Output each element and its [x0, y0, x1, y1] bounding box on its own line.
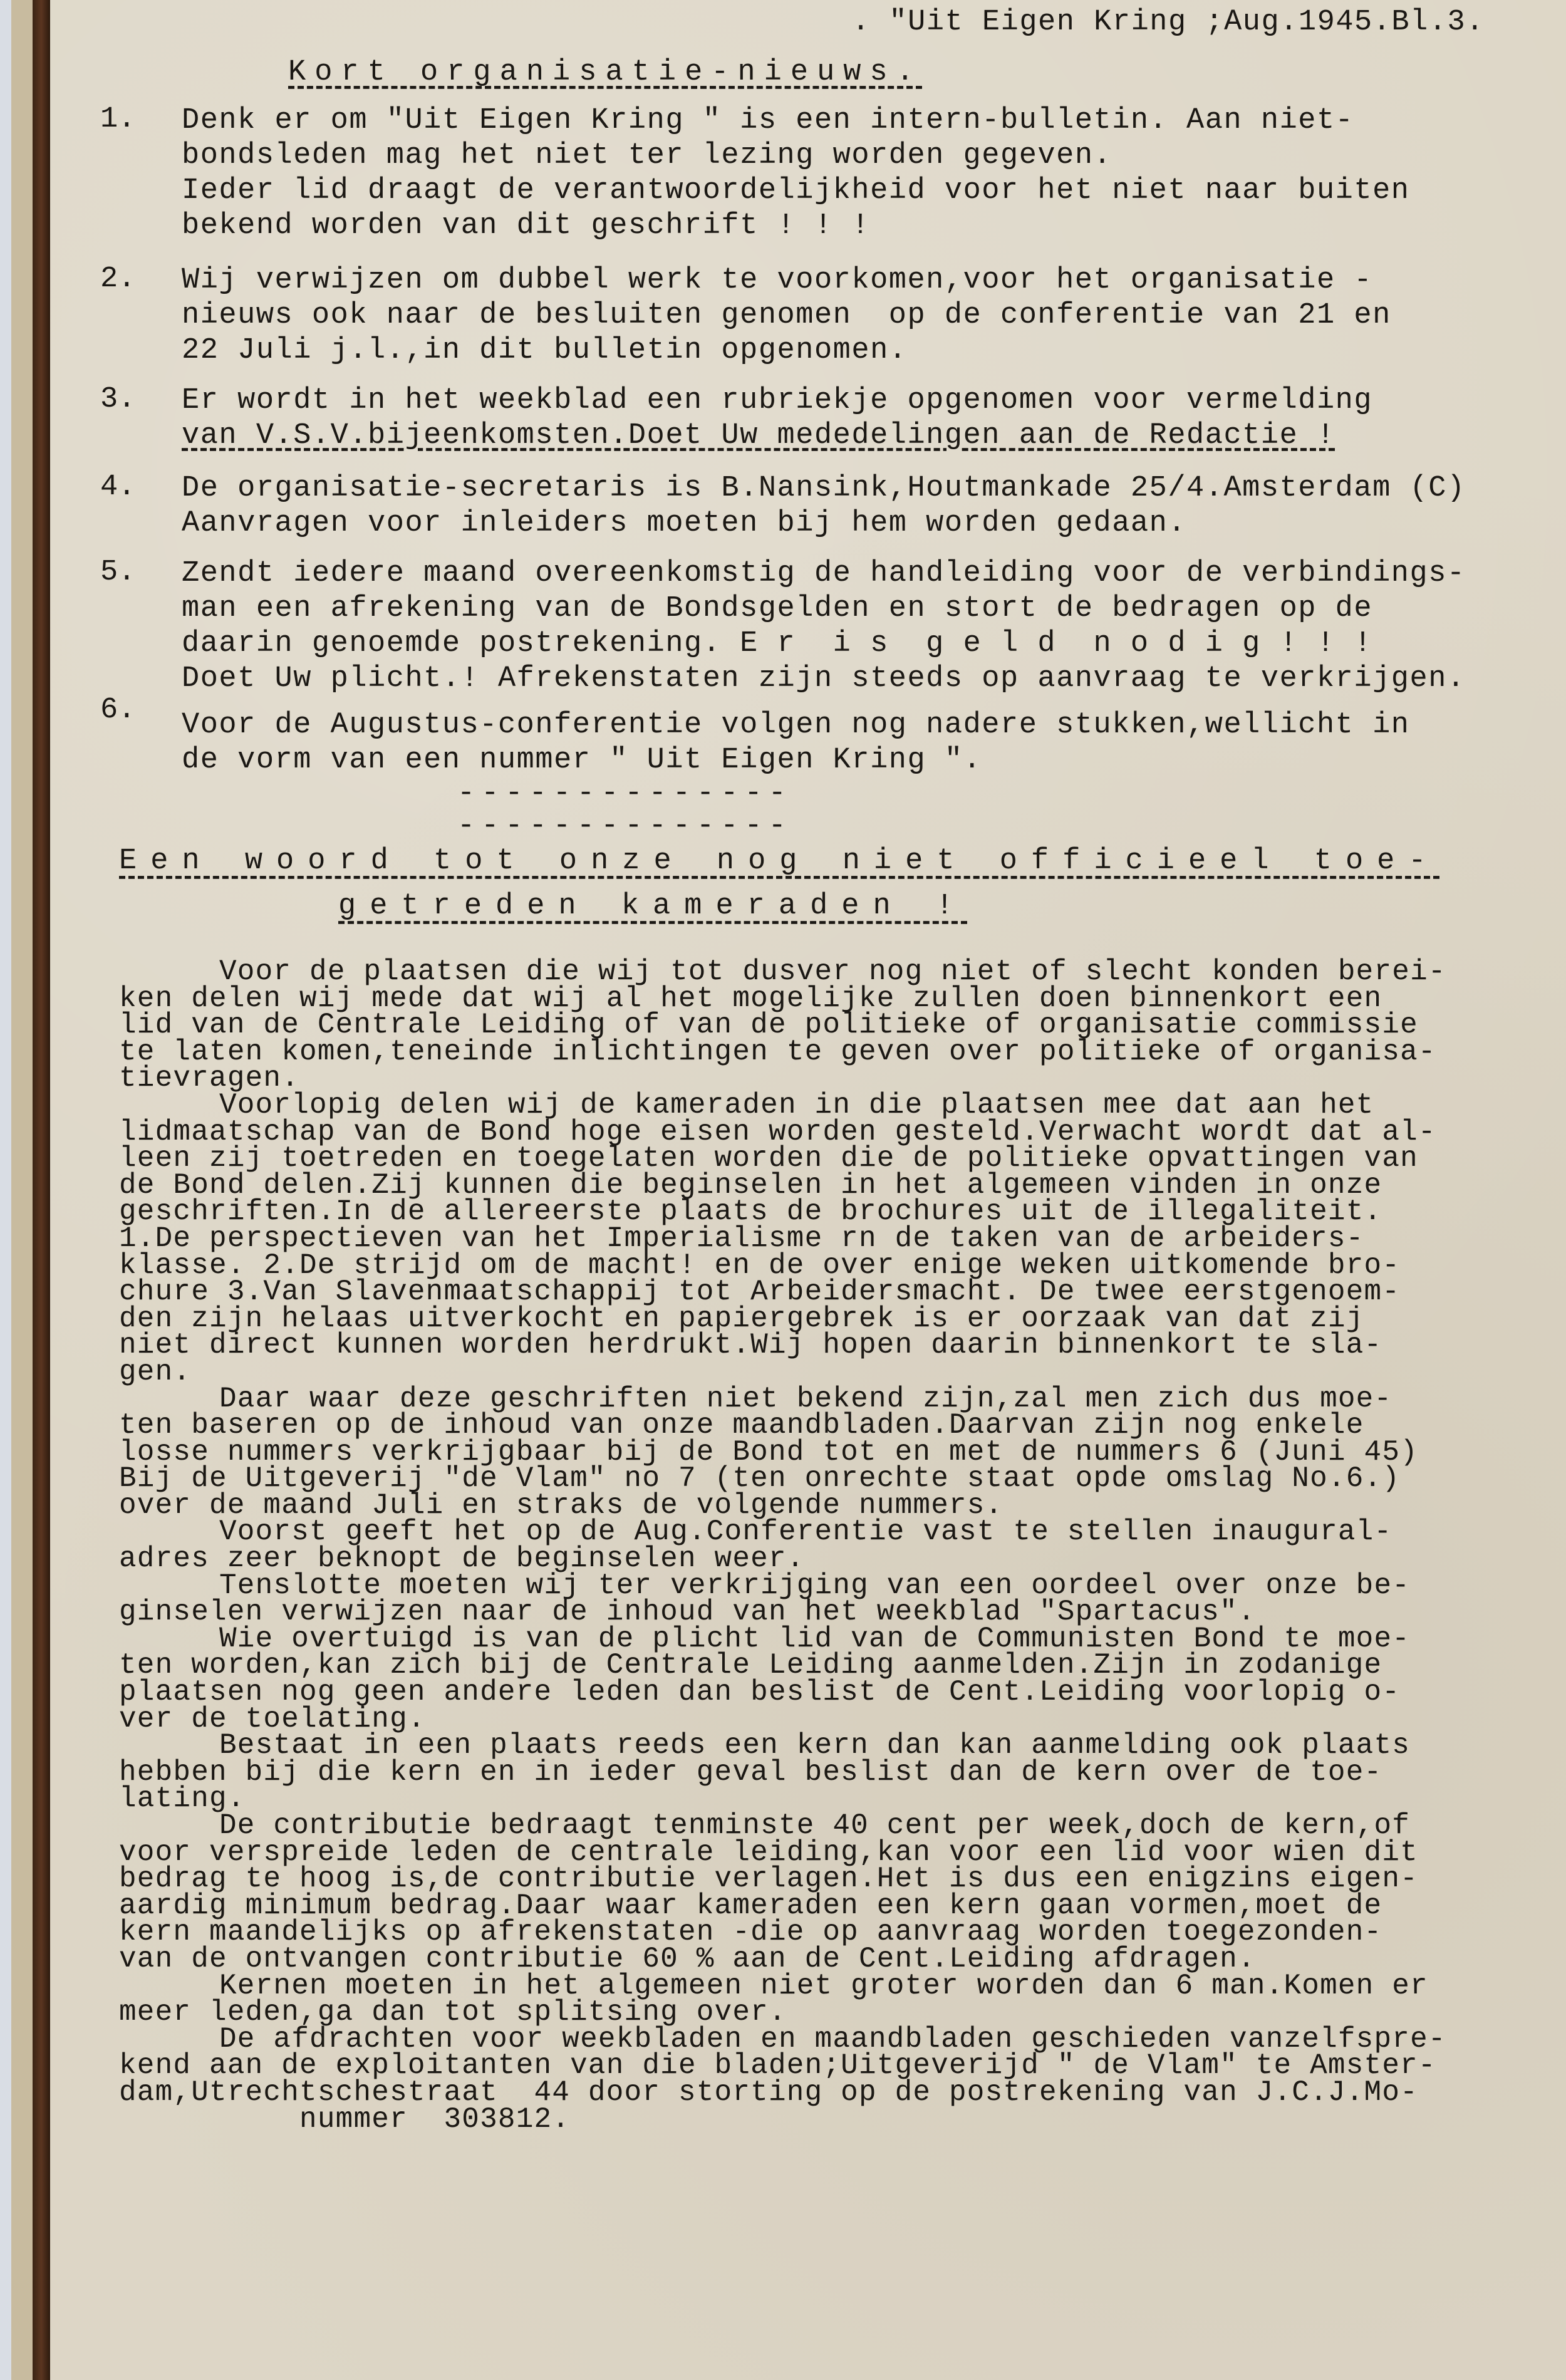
body-line: niet direct kunnen worden herdrukt.Wij h…	[119, 1332, 1560, 1359]
body-line: kend aan de exploitanten van die bladen;…	[119, 2052, 1560, 2079]
body-line: chure 3.Van Slavenmaatschappij tot Arbei…	[119, 1279, 1560, 1306]
body-line: ginselen verwijzen naar de inhoud van he…	[119, 1599, 1560, 1626]
item-number: 6.	[100, 694, 135, 727]
body-line: lidmaatschap van de Bond hoge eisen word…	[119, 1119, 1560, 1146]
body-line: aardig minimum bedrag.Daar waar kamerade…	[119, 1893, 1560, 1920]
body-line: voor verspreide leden de centrale leidin…	[119, 1839, 1560, 1866]
page-reference: . "Uit Eigen Kring ;Aug.1945.Bl.3.	[852, 6, 1485, 39]
body-line: den zijn helaas uitverkocht en papiergeb…	[119, 1306, 1560, 1333]
body-line: Voor de plaatsen die wij tot dusver nog …	[119, 959, 1560, 985]
item-number: 1.	[100, 103, 135, 136]
body-line: geschriften.In de allereerste plaats de …	[119, 1198, 1560, 1225]
item-line-emphasis: daarin genoemde postrekening. E r i s g …	[182, 626, 1466, 662]
body-line: ten baseren op de inhoud van onze maandb…	[119, 1412, 1560, 1439]
background-edge	[0, 0, 11, 2380]
body-line: gen.	[119, 1359, 1560, 1386]
body-line: ver de toelating.	[119, 1706, 1560, 1733]
item-line: De organisatie-secretaris is B.Nansink,H…	[182, 471, 1466, 506]
underlying-sheet-edge	[11, 0, 35, 2380]
body-line: Voorlopig delen wij de kameraden in die …	[119, 1092, 1560, 1119]
body-line: Bij de Uitgeverij "de Vlam" no 7 (ten on…	[119, 1465, 1560, 1492]
body-line: ken delen wij mede dat wij al het mogeli…	[119, 985, 1560, 1012]
section-heading-line-1: Een woord tot onze nog niet officieel to…	[119, 844, 1440, 878]
section-heading-line-2: getreden kameraden !	[338, 890, 967, 923]
body-line: Daar waar deze geschriften niet bekend z…	[119, 1386, 1560, 1413]
item-line: bondsleden mag het niet ter lezing worde…	[182, 138, 1410, 174]
divider-line: --------------	[457, 809, 792, 843]
item-line: Ieder lid draagt de verantwoordelijkheid…	[182, 174, 1410, 209]
item-line: nieuws ook naar de besluiten genomen op …	[182, 298, 1391, 333]
body-line: adres zeer beknopt de beginselen weer.	[119, 1546, 1560, 1572]
item-line: Doet Uw plicht.! Afrekenstaten zijn stee…	[182, 662, 1466, 697]
body-line: lid van de Centrale Leiding of van de po…	[119, 1012, 1560, 1039]
body-line: ten worden,kan zich bij de Centrale Leid…	[119, 1652, 1560, 1679]
item-line: van V.S.V.bijeenkomsten.Doet Uw mededeli…	[182, 418, 1372, 454]
item-line: Er wordt in het weekblad een rubriekje o…	[182, 383, 1372, 418]
body-line: De contributie bedraagt tenminste 40 cen…	[119, 1812, 1560, 1839]
body-line: 1.De perspectieven van het Imperialisme …	[119, 1225, 1560, 1252]
body-line: plaatsen nog geen andere leden dan besli…	[119, 1679, 1560, 1706]
item-line: Wij verwijzen om dubbel werk te voorkome…	[182, 263, 1391, 298]
section-title: Kort organisatie-nieuws.	[288, 56, 923, 89]
item-line: man een afrekening van de Bondsgelden en…	[182, 591, 1466, 626]
body-line: leen zij toetreden en toegelaten worden …	[119, 1145, 1560, 1172]
item-line: Voor de Augustus-conferentie volgen nog …	[182, 708, 1410, 743]
body-line: kern maandelijks op afrekenstaten -die o…	[119, 1919, 1560, 1946]
body-line: Bestaat in een plaats reeds een kern dan…	[119, 1732, 1560, 1759]
body-line: dam,Utrechtschestraat 44 door storting o…	[119, 2079, 1560, 2106]
body-line: losse nummers verkrijgbaar bij de Bond t…	[119, 1439, 1560, 1466]
item-number: 2.	[100, 263, 135, 296]
body-line: over de maand Juli en straks de volgende…	[119, 1492, 1560, 1519]
document-page: . "Uit Eigen Kring ;Aug.1945.Bl.3. Kort …	[50, 0, 1566, 2380]
item-number: 3.	[100, 383, 135, 416]
item-line: bekend worden van dit geschrift ! ! !	[182, 209, 1410, 244]
body-line: De afdrachten voor weekbladen en maandbl…	[119, 2026, 1560, 2053]
body-line: de Bond delen.Zij kunnen die beginselen …	[119, 1172, 1560, 1199]
body-line: klasse. 2.De strijd om de macht! en de o…	[119, 1252, 1560, 1279]
item-line: 22 Juli j.l.,in dit bulletin opgenomen.	[182, 333, 1391, 368]
body-line: Voorst geeft het op de Aug.Conferentie v…	[119, 1519, 1560, 1546]
item-line: Aanvragen voor inleiders moeten bij hem …	[182, 506, 1466, 541]
body-line: bedrag te hoog is,de contributie verlage…	[119, 1866, 1560, 1893]
body-line: nummer 303812.	[119, 2106, 1560, 2133]
body-text: Voor de plaatsen die wij tot dusver nog …	[119, 959, 1560, 2133]
divider-line: --------------	[457, 777, 816, 810]
body-line: Kernen moeten in het algemeen niet grote…	[119, 1973, 1560, 2000]
body-line: hebben bij die kern en in ieder geval be…	[119, 1759, 1560, 1786]
body-line: Wie overtuigd is van de plicht lid van d…	[119, 1626, 1560, 1653]
item-line: de vorm van een nummer " Uit Eigen Kring…	[182, 743, 1410, 778]
body-line: van de ontvangen contributie 60 % aan de…	[119, 1946, 1560, 1973]
body-line: tievragen.	[119, 1065, 1560, 1092]
body-line: meer leden,ga dan tot splitsing over.	[119, 1999, 1560, 2026]
body-line: te laten komen,teneinde inlichtingen te …	[119, 1039, 1560, 1066]
item-line: Zendt iedere maand overeenkomstig de han…	[182, 556, 1466, 591]
item-number: 5.	[100, 556, 135, 589]
binder-edge	[33, 0, 50, 2380]
item-line: Denk er om "Uit Eigen Kring " is een int…	[182, 103, 1410, 138]
item-number: 4.	[100, 471, 135, 504]
body-line: lating.	[119, 1785, 1560, 1812]
body-line: Tenslotte moeten wij ter verkrijging van…	[119, 1572, 1560, 1599]
